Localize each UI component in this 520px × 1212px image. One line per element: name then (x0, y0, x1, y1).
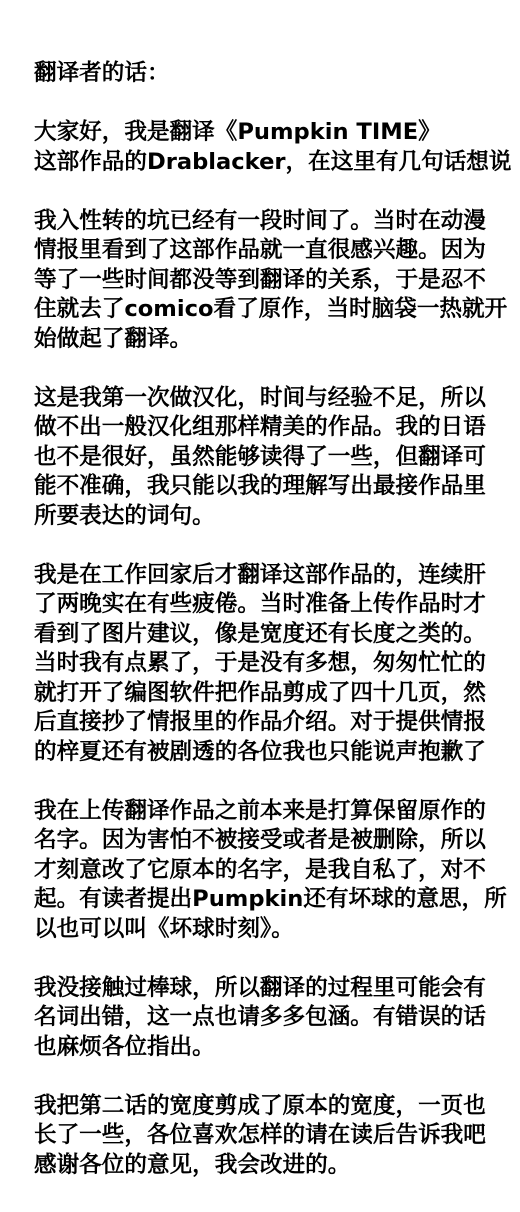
paragraph-upload-process: 我是在工作回家后才翻译这部作品的，连续肝 了两晚实在有些疲倦。当时准备上传作品时… (34, 561, 502, 768)
text-line: 我把第二话的宽度剪成了原本的宽度，一页也 (34, 1092, 502, 1122)
text-line: 起。有读者提出Pumpkin还有坏球的意思，所 (34, 885, 502, 915)
text-line: 才刻意改了它原本的名字，是我自私了，对不 (34, 856, 502, 886)
paragraph-greeting: 大家好，我是翻译《Pumpkin TIME》 这部作品的Drablacker，在… (34, 118, 502, 177)
text-line: 后直接抄了情报里的作品介绍。对于提供情报 (34, 708, 502, 738)
text-line: 感谢各位的意见，我会改进的。 (34, 1151, 502, 1181)
text-line: 所要表达的词句。 (34, 502, 502, 532)
text-line: 始做起了翻译。 (34, 325, 502, 355)
text-line: 也不是很好，虽然能够读得了一些，但翻译可 (34, 443, 502, 473)
text-line: 当时我有点累了，于是没有多想，匆匆忙忙的 (34, 649, 502, 679)
text-line: 这是我第一次做汉化，时间与经验不足，所以 (34, 384, 502, 414)
text-line: 了两晚实在有些疲倦。当时准备上传作品时才 (34, 590, 502, 620)
text-line: 情报里看到了这部作品就一直很感兴趣。因为 (34, 236, 502, 266)
text-line: 我在上传翻译作品之前本来是打算保留原作的 (34, 797, 502, 827)
paragraph-feedback-request: 我把第二话的宽度剪成了原本的宽度，一页也 长了一些，各位喜欢怎样的请在读后告诉我… (34, 1092, 502, 1181)
text-line: 看到了图片建议，像是宽度还有长度之类的。 (34, 620, 502, 650)
translator-note-page: 翻译者的话： 大家好，我是翻译《Pumpkin TIME》 这部作品的Drabl… (0, 0, 520, 1212)
paragraph-baseball-terms: 我没接触过棒球，所以翻译的过程里可能会有 名词出错，这一点也请多多包涵。有错误的… (34, 974, 502, 1063)
text-line: 就打开了编图软件把作品剪成了四十几页，然 (34, 679, 502, 709)
text-line: 能不准确，我只能以我的理解写出最接作品里 (34, 472, 502, 502)
text-line: 做不出一般汉化组那样精美的作品。我的日语 (34, 413, 502, 443)
text-line: 以也可以叫《坏球时刻》。 (34, 915, 502, 945)
text-line: 这部作品的Drablacker，在这里有几句话想说 (34, 148, 502, 178)
text-line: 也麻烦各位指出。 (34, 1033, 502, 1063)
text-line: 名字。因为害怕不被接受或者是被删除，所以 (34, 826, 502, 856)
text-line: 大家好，我是翻译《Pumpkin TIME》 (34, 118, 502, 148)
paragraph-background: 我入性转的坑已经有一段时间了。当时在动漫 情报里看到了这部作品就一直很感兴趣。因… (34, 207, 502, 355)
paragraph-first-translation: 这是我第一次做汉化，时间与经验不足，所以 做不出一般汉化组那样精美的作品。我的日… (34, 384, 502, 532)
text-line: 长了一些，各位喜欢怎样的请在读后告诉我吧 (34, 1121, 502, 1151)
text-line: 我没接触过棒球，所以翻译的过程里可能会有 (34, 974, 502, 1004)
page-title: 翻译者的话： (34, 59, 502, 89)
text-line: 等了一些时间都没等到翻译的关系，于是忍不 (34, 266, 502, 296)
text-line: 我是在工作回家后才翻译这部作品的，连续肝 (34, 561, 502, 591)
text-line: 的梓夏还有被剧透的各位我也只能说声抱歉了 (34, 738, 502, 768)
text-line: 我入性转的坑已经有一段时间了。当时在动漫 (34, 207, 502, 237)
text-line: 住就去了comico看了原作，当时脑袋一热就开 (34, 295, 502, 325)
text-line: 名词出错，这一点也请多多包涵。有错误的话 (34, 1003, 502, 1033)
paragraph-title-change: 我在上传翻译作品之前本来是打算保留原作的 名字。因为害怕不被接受或者是被删除，所… (34, 797, 502, 945)
